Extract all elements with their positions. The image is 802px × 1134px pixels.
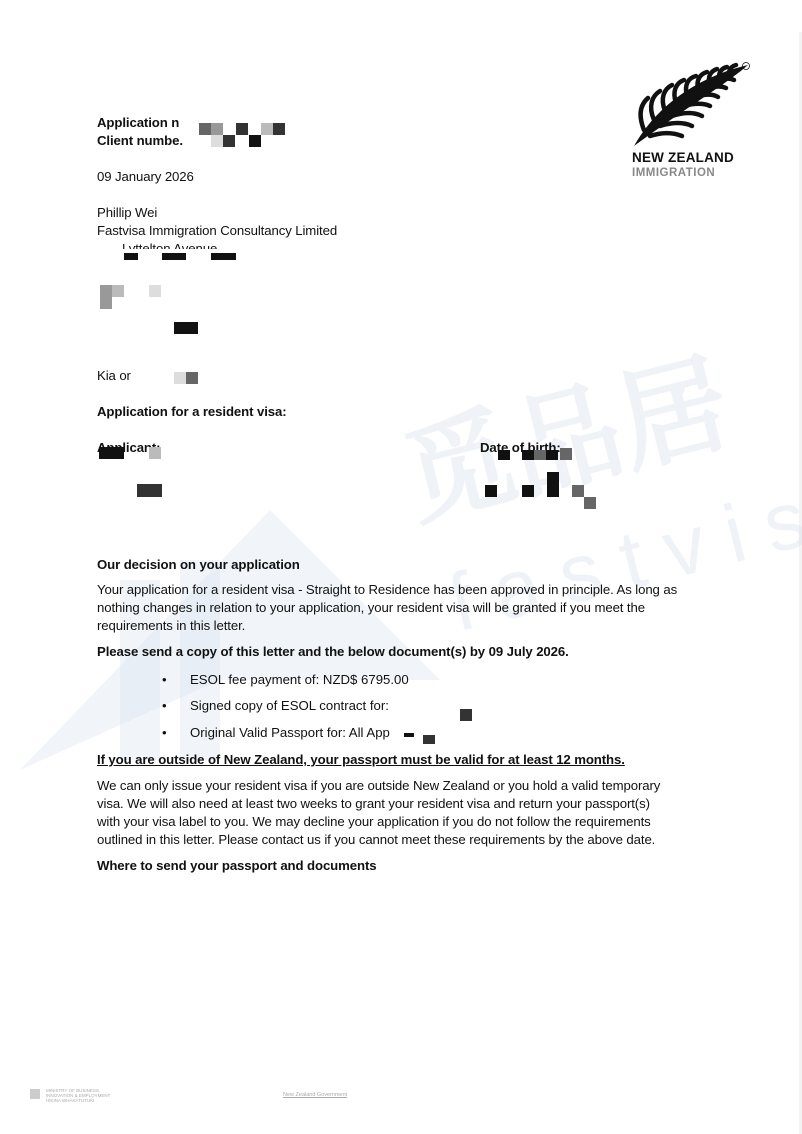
decision-heading: Our decision on your application	[97, 556, 300, 574]
decision-paragraph-line: Your application for a resident visa - S…	[97, 581, 677, 599]
conditions-line: outlined in this letter. Please contact …	[97, 831, 655, 849]
logo-new-zealand-text: NEW ZEALAND	[632, 150, 734, 165]
bullet-icon: •	[162, 724, 190, 742]
nz-coat-of-arms-icon	[28, 1087, 42, 1101]
ministry-footer: MINISTRY OF BUSINESS, INNOVATION & EMPLO…	[46, 1088, 110, 1103]
list-item: •ESOL fee payment of: NZD$ 6795.00	[162, 671, 409, 689]
decision-paragraph-line: requirements in this letter.	[97, 617, 245, 635]
list-item: •Signed copy of ESOL contract for:	[162, 697, 389, 715]
where-to-send-heading: Where to send your passport and document…	[97, 857, 376, 875]
bullet-icon: •	[162, 671, 190, 689]
conditions-line: We can only issue your resident visa if …	[97, 777, 660, 795]
deadline-sentence: Please send a copy of this letter and th…	[97, 643, 569, 661]
recipient-company: Fastvisa Immigration Consultancy Limited	[97, 222, 337, 240]
bullet-icon: •	[162, 697, 190, 715]
conditions-line: visa. We will also need at least two wee…	[97, 795, 650, 813]
silver-fern-icon	[630, 60, 755, 150]
letter-page: 觅品居 fastvisa NEW ZEALAND IMMIGRATION App…	[0, 0, 802, 1134]
decision-paragraph-line: nothing changes in relation to your appl…	[97, 599, 645, 617]
watermark-english: fastvisa	[440, 450, 802, 651]
watermark-chinese: 觅品居	[385, 315, 743, 548]
page-top-margin	[0, 0, 802, 32]
greeting: Kia or	[97, 367, 131, 385]
conditions-line: with your visa label to you. We may decl…	[97, 813, 651, 831]
passport-validity-notice: If you are outside of New Zealand, your …	[97, 751, 625, 769]
list-item: •Original Valid Passport for: All App	[162, 724, 390, 742]
application-number-label: Application n	[97, 114, 179, 132]
recipient-name: Phillip Wei	[97, 204, 157, 222]
subject-line: Application for a resident visa:	[97, 403, 287, 421]
client-number-label: Client numbe.	[97, 132, 183, 150]
letter-date: 09 January 2026	[97, 168, 194, 186]
nz-government-footer: New Zealand Government	[283, 1092, 347, 1098]
logo-immigration-text: IMMIGRATION	[632, 167, 715, 179]
